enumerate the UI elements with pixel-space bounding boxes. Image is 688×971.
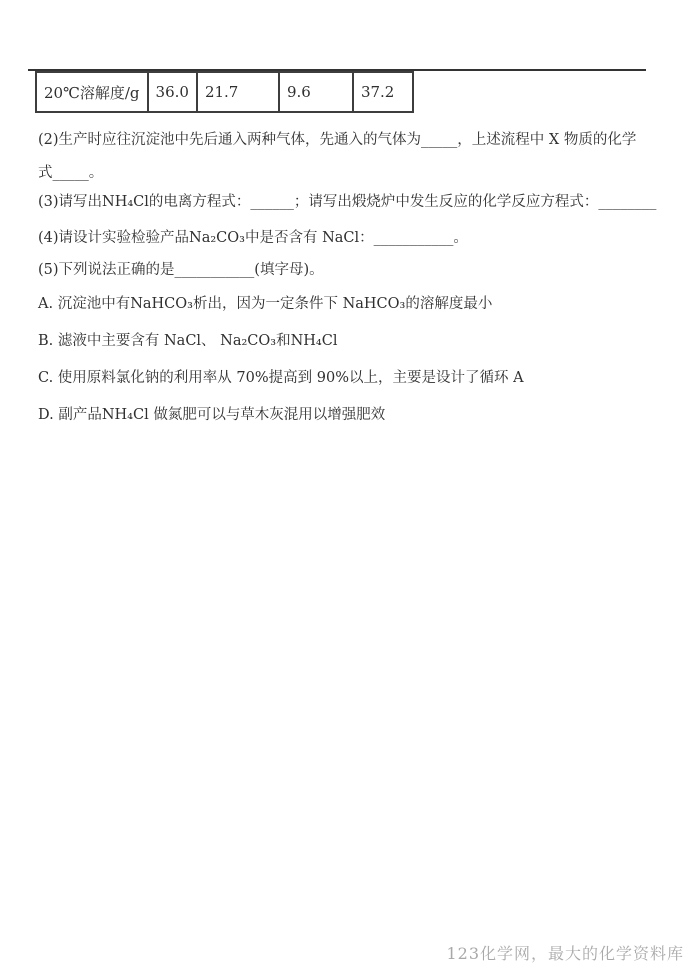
solubility-table: 20℃溶解度/g 36.0 21.7 9.6 37.2 bbox=[35, 71, 414, 113]
question-5: (5)下列说法正确的是___________(填字母)。 bbox=[38, 260, 324, 280]
option-b: B. 滤液中主要含有 NaCl、 Na₂CO₃和NH₄Cl bbox=[38, 331, 337, 351]
question-4: (4)请设计实验检验产品Na₂CO₃中是否含有 NaCl：___________… bbox=[38, 228, 468, 248]
document-page: 20℃溶解度/g 36.0 21.7 9.6 37.2 (2)生产时应往沉淀池中… bbox=[0, 0, 688, 971]
option-c: C. 使用原料氯化钠的利用率从 70%提高到 90%以上，主要是设计了循环 A bbox=[38, 368, 524, 388]
site-watermark: 123化学网，最大的化学资料库 bbox=[446, 941, 684, 964]
solubility-value-3: 9.6 bbox=[279, 72, 353, 112]
solubility-value-2: 21.7 bbox=[197, 72, 279, 112]
question-2-line-2: 式_____。 bbox=[38, 163, 103, 183]
question-3: (3)请写出NH₄Cl的电离方程式：______；请写出煅烧炉中发生反应的化学反… bbox=[38, 192, 656, 212]
solubility-table-row: 20℃溶解度/g 36.0 21.7 9.6 37.2 bbox=[36, 72, 413, 112]
question-2-line-1: (2)生产时应往沉淀池中先后通入两种气体，先通入的气体为_____，上述流程中 … bbox=[38, 130, 636, 150]
solubility-value-1: 36.0 bbox=[148, 72, 197, 112]
solubility-value-4: 37.2 bbox=[353, 72, 413, 112]
option-a: A. 沉淀池中有NaHCO₃析出，因为一定条件下 NaHCO₃的溶解度最小 bbox=[38, 294, 492, 314]
option-d: D. 副产品NH₄Cl 做氮肥可以与草木灰混用以增强肥效 bbox=[38, 405, 385, 425]
solubility-row-label: 20℃溶解度/g bbox=[36, 72, 148, 112]
